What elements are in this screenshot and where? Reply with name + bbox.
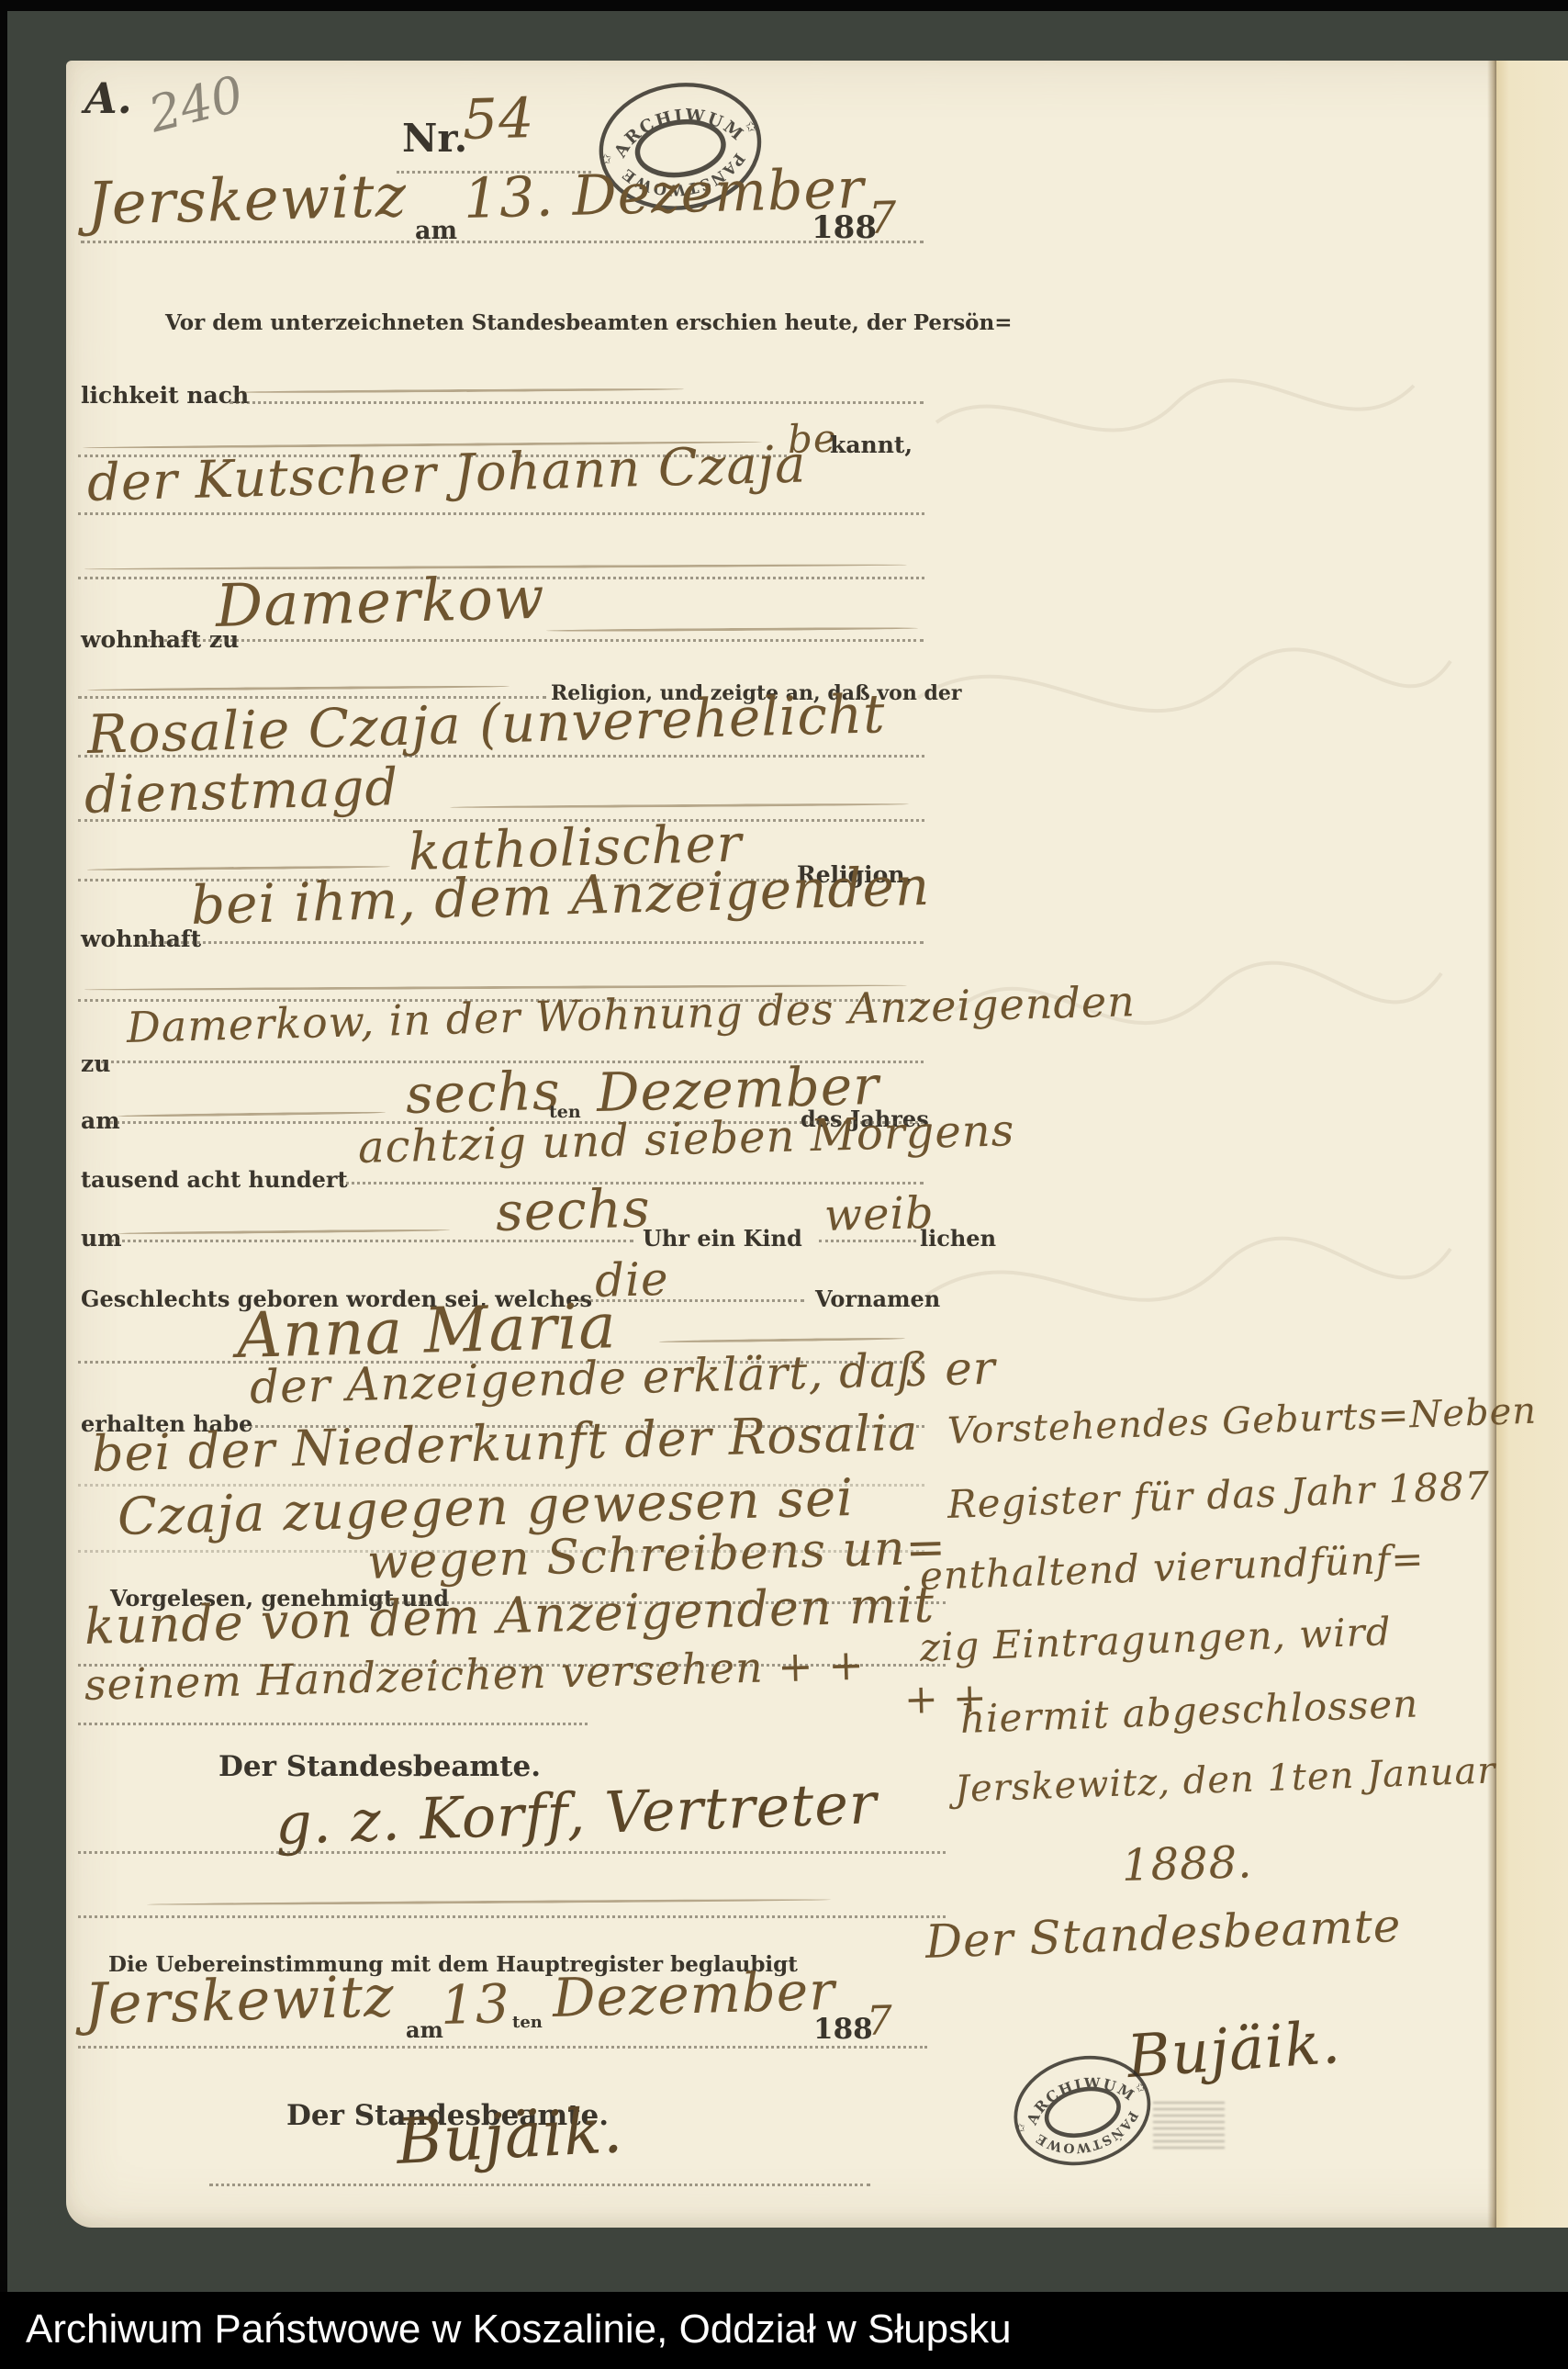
rule-blank1 [230,401,924,404]
svg-text:ARCHIWUM: ARCHIWUM [606,97,750,163]
stamp-ink-smear [1153,2101,1225,2149]
rule-mother1 [78,755,924,758]
dateline-place: Jerskewitz [86,163,408,239]
certification-year-printed: 188 [813,2013,873,2046]
child-gender: weib [823,1187,935,1241]
archive-caption-text: Archiwum Państwowe w Koszalinie, Oddział… [26,2307,1012,2352]
uhr-ein-kind-label: Uhr ein Kind [643,1225,802,1252]
rule-dateline [81,241,924,243]
um-label: um [81,1225,122,1252]
scanned-register-photo: { "colors":{"paper":"#f4eedb","mat":"#3e… [0,0,1568,2369]
stamp-star-right: ✩ [745,118,758,136]
wohnhaft-label: wohnhaft [81,926,201,952]
certification-am-label: am [406,2016,443,2043]
declarant-residence: Damerkow [215,565,546,641]
dateline-date: 13. Dezember [463,157,865,231]
bekannt-rest: kannt, [830,432,913,458]
mother-occupation: dienstmagd [84,758,399,825]
tausend-label: tausend acht hundert [81,1166,348,1193]
stamp-star-left: ✩ [1014,2121,1027,2137]
certification-month: Dezember [552,1959,836,2029]
page-fold-crease [1487,61,1496,2228]
rule-gender [819,1240,916,1242]
series-letter: A. [84,73,132,123]
neighbor-page-edge [1496,61,1568,2228]
record-number-label: Nr. [402,116,467,161]
rule-declarant [78,512,924,515]
birth-day: sechs [405,1060,561,1126]
certification-year-digit: 7 [866,1997,893,2045]
rule-signature [78,1851,946,1854]
margin-note-year: 1888. [1121,1836,1253,1892]
rule-residence [136,639,924,642]
stamp-text-top: ARCHIWUM [606,97,750,163]
certification-day: 13 [440,1972,511,2037]
rule-blank5 [78,1915,946,1918]
vornamen-label: Vornamen [815,1286,940,1312]
form-intro-line2: lichkeit nach [81,382,249,409]
form-intro-line1: Vor dem unterzeichneten Standesbeamten e… [165,310,1012,335]
record-number-value: 54 [462,86,535,152]
registrar-heading: Der Standesbeamte. [218,1750,541,1783]
certification-ten: ten [512,2013,543,2032]
certification-place: Jerskewitz [84,1962,396,2038]
lichen-label: lichen [920,1225,996,1252]
stamp-star-right: ✩ [1135,2081,1148,2096]
rule-certification-date [78,2046,927,2049]
rule-mother-residence [136,941,924,944]
birth-hour: sechs [495,1177,651,1243]
certification-signature-bujaik: Bujäik. [395,2094,625,2179]
zu-label: zu [81,1050,110,1077]
rule-birth-hour [110,1240,633,1242]
rule-closing3 [78,1723,588,1725]
dateline-year-digit: 7 [868,192,898,244]
rule-certification-signature [209,2184,870,2186]
